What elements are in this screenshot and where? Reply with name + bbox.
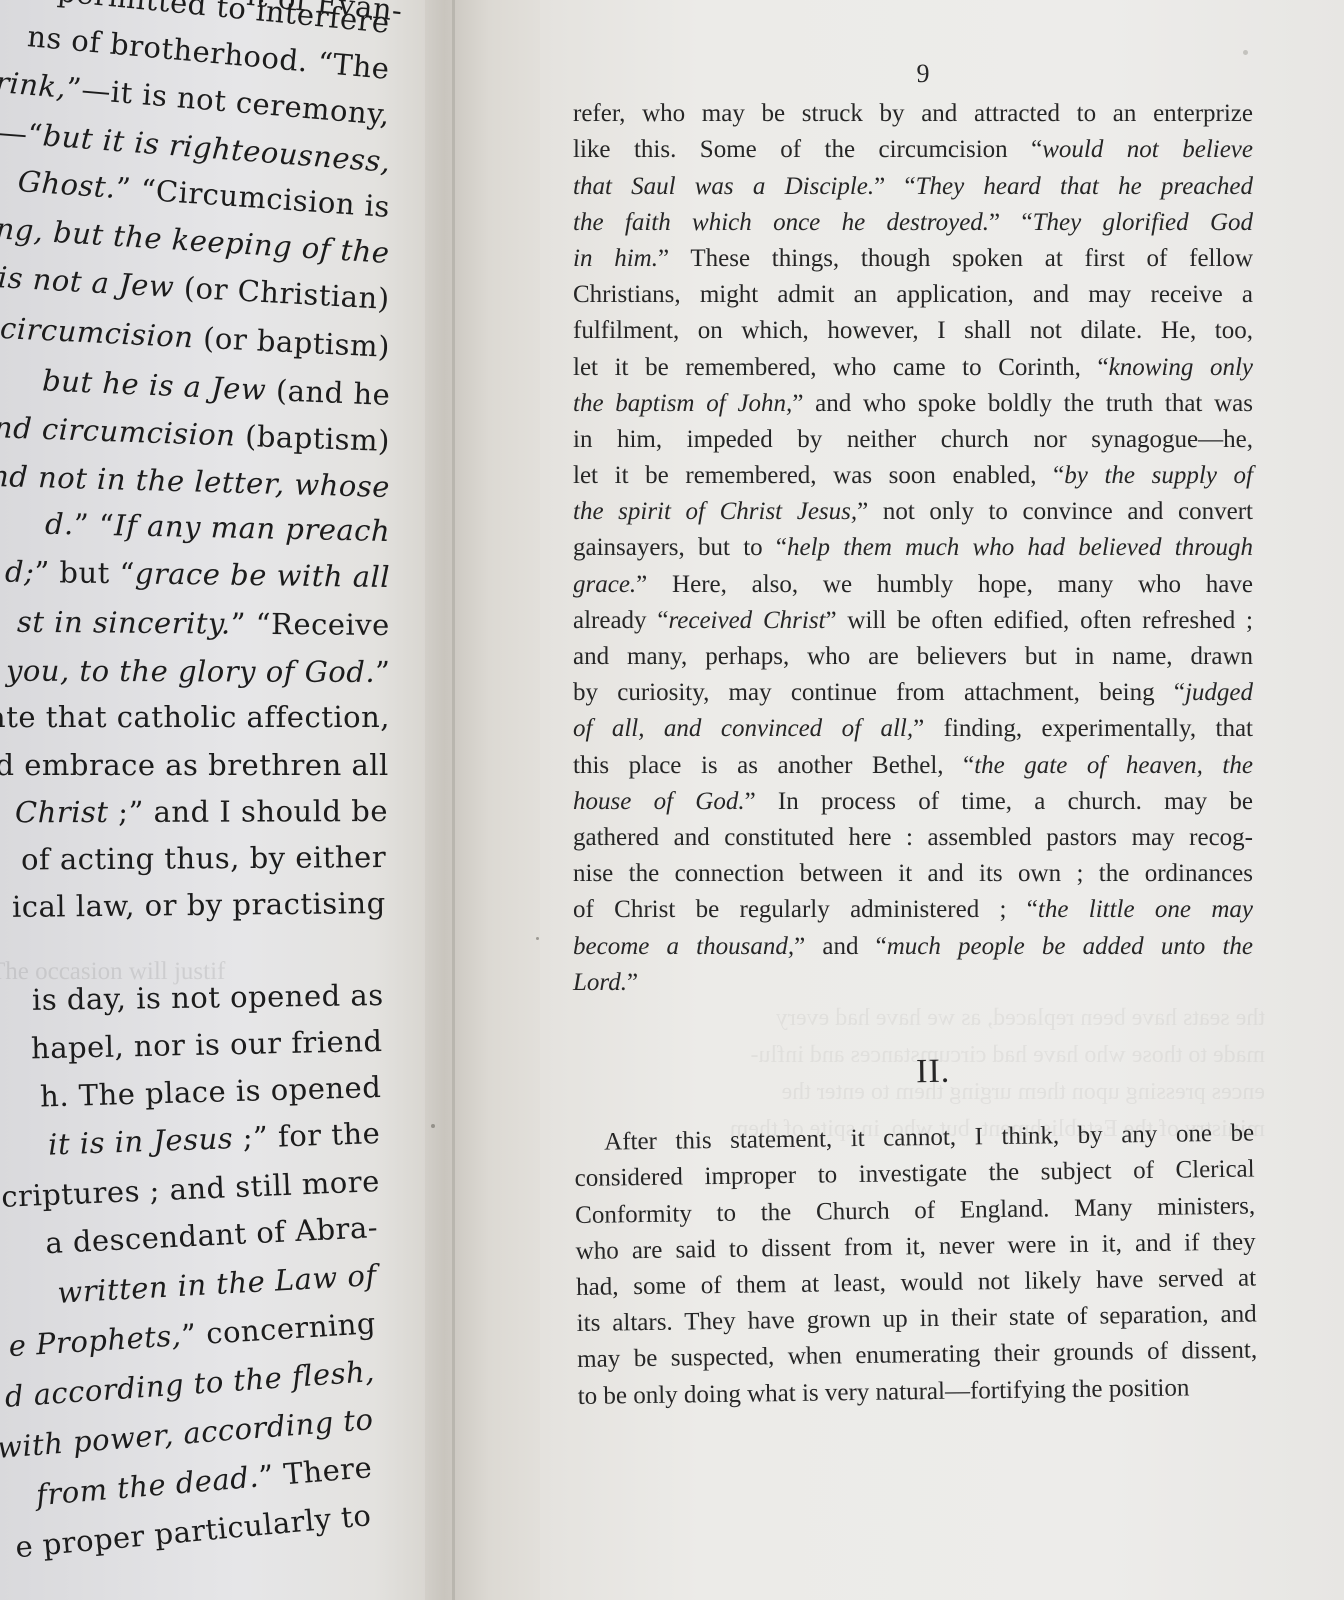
body-text: ” concerning	[180, 1306, 377, 1352]
bleed-through-text: The occasion will justif	[0, 958, 225, 986]
body-text: d embrace as brethren all	[0, 748, 389, 782]
body-text: nise the connection between it and its o…	[573, 860, 1253, 887]
section-two: II. After this statement, it cannot, I t…	[573, 1049, 1258, 1414]
italic-quote-text: house of God.	[573, 788, 745, 815]
text-line: that Saul was a Disciple.” “They heard t…	[573, 169, 1253, 205]
text-line: st in sincerity.” “Receive	[17, 605, 390, 642]
body-text: ate that catholic affection,	[0, 700, 390, 734]
text-line: house of God.” In process of time, a chu…	[573, 784, 1253, 820]
italic-quote-text: in him.	[573, 245, 658, 272]
italic-quote-text: e is not a Jew	[0, 259, 185, 305]
italic-quote-text: the gate of heaven, the	[974, 752, 1253, 779]
text-line: you, to the glory of God.”	[6, 654, 391, 689]
body-text: let it be remembered, who came to Corint…	[573, 354, 1109, 381]
body-text: this place is as another Bethel, “	[573, 752, 974, 779]
body-text: ”	[627, 969, 638, 996]
text-line: Lord.”	[573, 965, 1253, 1001]
book-spread: it of Evan-o be permitted to interferens…	[0, 0, 1344, 1600]
body-text: criptures ; and still more	[0, 1164, 380, 1214]
text-line: the faith which once he destroyed.” “The…	[573, 205, 1253, 241]
italic-quote-text: help them much who had believed through	[787, 534, 1253, 561]
italic-quote-text: and circumcision	[0, 410, 246, 453]
text-line: Christians, might admit an application, …	[573, 277, 1253, 313]
italic-quote-text: Lord.	[573, 969, 627, 996]
body-text: considered improper to investigate the s…	[574, 1156, 1254, 1192]
text-line: of Christ be regularly administered ; “t…	[573, 892, 1253, 928]
body-text: to be only doing what is very natural—fo…	[578, 1374, 1190, 1410]
body-text: let it be remembered, was soon enabled, …	[573, 462, 1064, 489]
body-text: Conformity to the Church of England. Man…	[575, 1192, 1255, 1228]
text-line: e Prophets,” concerning	[8, 1306, 377, 1363]
text-line: it is in Jesus ;” for the	[48, 1116, 381, 1162]
text-line: but he is a Jew (and he	[41, 363, 390, 412]
italic-quote-text: you, to the glory of God.	[6, 654, 375, 689]
text-line: Christ ;” and I should be	[15, 794, 388, 829]
body-text: gathered and constituted here : assemble…	[573, 824, 1253, 851]
section-heading: II.	[573, 1049, 1253, 1095]
italic-quote-text: at circumcision	[0, 309, 204, 355]
italic-quote-text: become a thousand,	[573, 933, 794, 960]
ink-speck	[1243, 50, 1248, 55]
text-line: at circumcision (or baptism)	[0, 309, 391, 364]
text-line: this place is as another Bethel, “the ga…	[573, 748, 1253, 784]
body-text: of Christ be regularly administered ; “	[573, 896, 1038, 923]
body-text: (or baptism)	[202, 321, 390, 364]
italic-quote-text: the baptism of John,	[573, 390, 792, 417]
text-line: nise the connection between it and its o…	[573, 856, 1253, 892]
text-line: by curiosity, may continue from attachme…	[573, 675, 1253, 711]
body-text: had, some of them at least, would not li…	[576, 1264, 1256, 1300]
body-text: ” but “	[34, 555, 135, 590]
body-text: (and he	[275, 373, 391, 412]
page-number: 9	[573, 56, 1253, 92]
text-line: grace.” Here, also, we humbly hope, many…	[573, 567, 1253, 603]
body-text: of acting thus, by either	[21, 840, 386, 877]
text-line: let it be remembered, was soon enabled, …	[573, 458, 1253, 494]
text-line: refer, who may be struck by and attracte…	[573, 96, 1253, 132]
italic-quote-text: d.	[45, 507, 75, 542]
body-text: ” These things, though spoken at first o…	[658, 245, 1253, 272]
body-text: like this. Some of the circumcision “	[573, 136, 1042, 163]
text-line: of acting thus, by either	[21, 840, 386, 877]
italic-quote-text: by the supply of	[1064, 462, 1253, 489]
text-line: ate that catholic affection,	[0, 700, 390, 734]
body-text: gainsayers, but to “	[573, 534, 787, 561]
body-text: ” There	[257, 1450, 373, 1493]
italic-quote-text: written in the Law of	[57, 1258, 378, 1310]
body-text: already “	[573, 607, 668, 634]
body-text: ” “	[874, 173, 915, 200]
text-line: nd not in the letter, whose	[0, 459, 390, 504]
body-text: ”	[375, 655, 390, 689]
text-line: let it be remembered, who came to Corint…	[573, 350, 1253, 386]
body-text: refer, who may be struck by and attracte…	[573, 100, 1253, 127]
body-text: ” “Circumcision is	[115, 171, 392, 224]
text-line: d;” but “grace be with all	[5, 555, 391, 594]
body-text: ical law, or by practising	[11, 886, 385, 924]
body-text: its altars. They have grown up in their …	[577, 1301, 1257, 1337]
body-text: and many, perhaps, who are believers but…	[573, 643, 1253, 670]
body-text: ;” and I should be	[108, 794, 388, 829]
gutter-crease	[452, 0, 455, 1600]
italic-quote-text: the faith which once he destroyed.	[573, 209, 989, 236]
text-line: d according to the flesh,	[3, 1354, 375, 1414]
body-text: ” “Receive	[231, 607, 390, 642]
text-line: d.” “If any man preach	[45, 507, 391, 548]
text-line: e is not a Jew (or Christian)	[0, 259, 391, 316]
italic-quote-text: grace.	[573, 571, 636, 598]
italic-quote-text: would not believe	[1042, 136, 1253, 163]
body-text: hapel, nor is our friend	[31, 1024, 383, 1065]
text-line: like this. Some of the circumcision “wou…	[573, 132, 1253, 168]
text-line: criptures ; and still more	[0, 1164, 380, 1214]
body-text: ” not only to convince and convert	[857, 498, 1253, 525]
italic-quote-text: the spirit of Christ Jesus,	[573, 498, 857, 525]
text-line: the spirit of Christ Jesus,” not only to…	[573, 494, 1253, 530]
text-line: a descendant of Abra-	[45, 1210, 379, 1260]
body-text: ” Here, also, we humbly hope, many who h…	[636, 571, 1253, 598]
left-page: it of Evan-o be permitted to interferens…	[0, 0, 440, 1600]
body-text: by curiosity, may continue from attachme…	[573, 679, 1185, 706]
italic-quote-text: knowing only	[1109, 354, 1253, 381]
body-text: ” “	[989, 209, 1033, 236]
text-line: the baptism of John,” and who spoke bold…	[573, 386, 1253, 422]
text-line: already “received Christ” will be often …	[573, 603, 1253, 639]
text-line: become a thousand,” and “much people be …	[573, 929, 1253, 965]
text-line: written in the Law of	[57, 1258, 378, 1310]
italic-quote-text: d according to the flesh,	[3, 1354, 375, 1414]
text-line: d embrace as brethren all	[0, 748, 389, 782]
body-text: ” and “	[794, 933, 887, 960]
italic-quote-text: it is in Jesus	[48, 1121, 234, 1161]
italic-quote-text: Ghost.	[17, 164, 117, 205]
body-text: fulfilment, on which, however, I shall n…	[573, 317, 1253, 344]
italic-quote-text: grace be with all	[135, 556, 391, 594]
body-text: ;” for the	[233, 1116, 381, 1155]
body-text: —“	[0, 115, 44, 152]
body-text: After this statement, it cannot, I think…	[604, 1120, 1254, 1156]
body-text: Christians, might admit an application, …	[573, 281, 1253, 308]
text-line: ical law, or by practising	[11, 886, 385, 924]
italic-quote-text: the little one may	[1038, 896, 1253, 923]
italic-quote-text: received Christ	[668, 607, 825, 634]
body-text: ” finding, experimentally, that	[913, 715, 1253, 742]
text-line: in him.” These things, though spoken at …	[573, 241, 1253, 277]
italic-quote-text: much people be added unto the	[887, 933, 1253, 960]
body-text: ” “	[73, 507, 114, 542]
text-line: of all, and convinced of all,” finding, …	[573, 711, 1253, 747]
italic-quote-text: drink,	[0, 63, 68, 104]
italic-quote-text: of all, and convinced of all,	[573, 715, 913, 742]
body-text: a descendant of Abra-	[45, 1210, 379, 1260]
body-text: may be suspected, when enumerating their…	[577, 1337, 1257, 1373]
italic-quote-text: that Saul was a Disciple.	[573, 173, 874, 200]
body-text: in him, impeded by neither church nor sy…	[573, 426, 1253, 453]
text-line: fulfilment, on which, however, I shall n…	[573, 313, 1253, 349]
text-line: hapel, nor is our friend	[31, 1024, 383, 1065]
italic-quote-text: e Prophets,	[8, 1318, 183, 1363]
text-line: gathered and constituted here : assemble…	[573, 820, 1253, 856]
paragraph: refer, who may be struck by and attracte…	[573, 96, 1253, 1001]
italic-quote-text: st in sincerity.	[17, 605, 231, 641]
body-text: h. The place is opened	[40, 1070, 382, 1114]
text-line: gainsayers, but to “help them much who h…	[573, 530, 1253, 566]
body-text: ” and who spoke boldly the truth that wa…	[792, 390, 1253, 417]
ink-speck	[536, 937, 539, 940]
body-text: (or Christian)	[183, 271, 391, 316]
italic-quote-text: nd not in the letter, whose	[0, 459, 390, 504]
italic-quote-text: from the dead.	[35, 1460, 260, 1513]
text-line: h. The place is opened	[40, 1070, 382, 1114]
right-page-text: 9 refer, who may be struck by and attrac…	[573, 56, 1253, 1415]
italic-quote-text: d;	[5, 555, 35, 589]
italic-quote-text: Christ	[15, 795, 109, 829]
body-text: ” will be often edified, often refreshed…	[826, 607, 1253, 634]
italic-quote-text: If any man preach	[114, 508, 391, 548]
paragraph: After this statement, it cannot, I think…	[574, 1116, 1258, 1415]
italic-quote-text: They glorified God	[1033, 209, 1253, 236]
text-line: and many, perhaps, who are believers but…	[573, 639, 1253, 675]
body-text: who are said to dissent from it, never w…	[575, 1228, 1255, 1264]
body-text: (baptism)	[245, 419, 391, 458]
italic-quote-text: judged	[1185, 679, 1253, 706]
text-line: and circumcision (baptism)	[0, 410, 391, 458]
italic-quote-text: but he is a Jew	[41, 363, 276, 407]
body-text: ” In process of time, a church. may be	[745, 788, 1253, 815]
italic-quote-text: They heard that he preached	[916, 173, 1253, 200]
ink-speck	[431, 1124, 435, 1128]
text-line: in him, impeded by neither church nor sy…	[573, 422, 1253, 458]
